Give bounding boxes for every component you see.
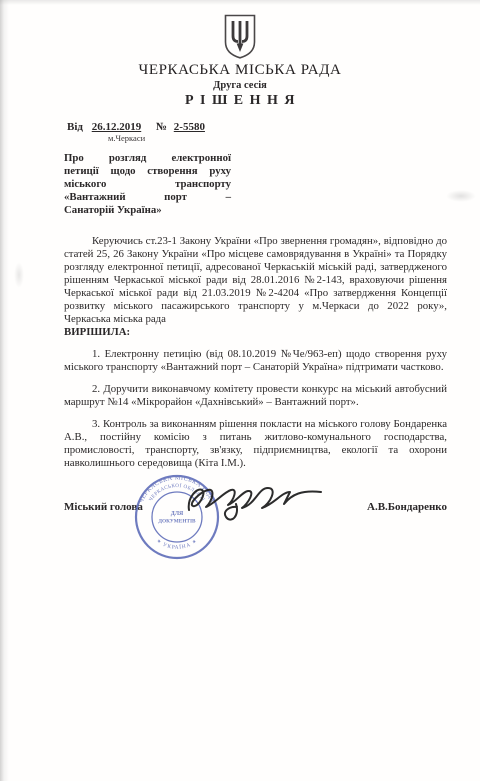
scan-smudge (446, 190, 476, 202)
document-body: Від 26.12.2019 № 2-5580 м.Черкаси Про ро… (0, 121, 480, 513)
stamp-ring-bottom-text: ✶ УКРАЇНА ✶ (155, 538, 199, 551)
subject-line: Санаторій Україна» (64, 204, 231, 217)
subject-block: Про розгляд електронної петиції щодо ств… (64, 152, 231, 217)
svg-text:✶ УКРАЇНА ✶: ✶ УКРАЇНА ✶ (155, 538, 199, 551)
subject-line: міського транспорту (64, 178, 231, 191)
session-title: Друга сесія (0, 79, 480, 92)
number-label: № (156, 121, 167, 133)
subject-line: Про розгляд електронної (64, 152, 231, 165)
handwritten-signature (184, 480, 324, 526)
scan-edge-artifact (0, 0, 480, 5)
resolution-item-3: 3. Контроль за виконанням рішення поклас… (64, 418, 447, 470)
signatory-title: Міський голова (64, 501, 143, 513)
document-type-title: РІШЕННЯ (0, 93, 480, 109)
org-name: ЧЕРКАСЬКА МІСЬКА РАДА (0, 62, 480, 79)
document-page: ЧЕРКАСЬКА МІСЬКА РАДА Друга сесія РІШЕНН… (0, 0, 480, 781)
preamble-paragraph: Керуючись ст.23-1 Закону України «Про зв… (64, 235, 447, 326)
city-label: м.Черкаси (108, 133, 447, 143)
subject-line: «Вантажний порт – (64, 191, 231, 204)
scan-smudge (14, 262, 24, 288)
date-label: Від (67, 121, 83, 133)
document-date: 26.12.2019 (92, 121, 142, 133)
resolution-item-1: 1. Електронну петицію (від 08.10.2019 №Ч… (64, 348, 447, 374)
scan-edge-artifact (0, 0, 9, 781)
resolution-item-2: 2. Доручити виконавчому комітету провест… (64, 383, 447, 409)
signatory-name: А.В.Бондаренко (367, 501, 447, 513)
resolved-label: ВИРІШИЛА: (64, 326, 447, 339)
stamp-center-line1: ДЛЯ (171, 511, 184, 517)
ukraine-trident-emblem (222, 13, 258, 60)
document-number: 2-5580 (174, 121, 205, 133)
date-number-row: Від 26.12.2019 № 2-5580 (67, 121, 447, 133)
subject-line: петиції щодо створення руху (64, 165, 231, 178)
document-header: ЧЕРКАСЬКА МІСЬКА РАДА Друга сесія РІШЕНН… (0, 13, 480, 109)
